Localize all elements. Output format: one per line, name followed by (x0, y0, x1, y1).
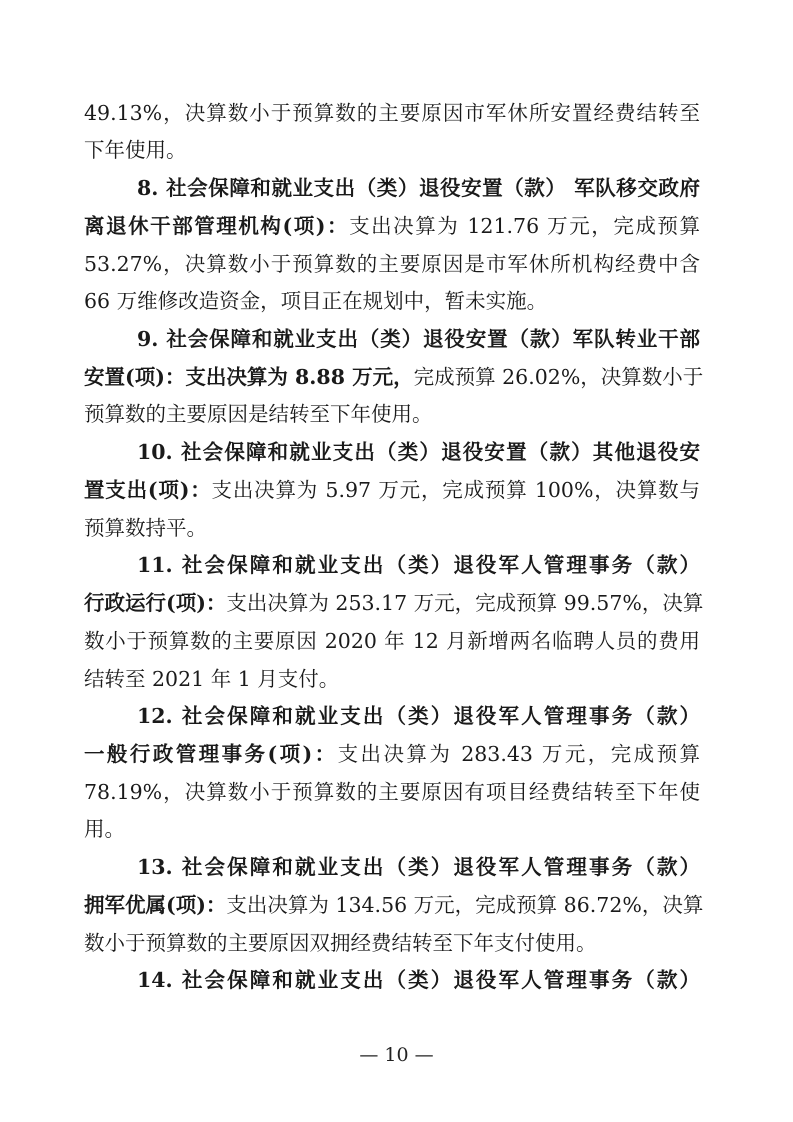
body-text: 预算数的主要原因是结转至下年使用。 (84, 402, 433, 426)
text-line: 12. 社会保障和就业支出（类）退役军人管理事务（款） (137, 701, 700, 731)
text-line: 8. 社会保障和就业支出（类）退役安置（款） 军队移交政府 (137, 173, 700, 203)
document-page: 49.13%，决算数小于预算数的主要原因市军休所安置经费结转至下年使用。8. 社… (0, 0, 793, 1122)
text-line: 11. 社会保障和就业支出（类）退役军人管理事务（款） (137, 550, 700, 580)
text-line: 置支出(项)：支出决算为 5.97 万元，完成预算 100%，决算数与 (84, 475, 700, 505)
body-text: 53.27%，决算数小于预算数的主要原因是市军休所机构经费中含 (84, 252, 700, 276)
body-text: 66 万维修改造资金，项目正在规划中，暂未实施。 (84, 289, 547, 313)
body-text: 支出决算为 283.43 万元，完成预算 (338, 742, 700, 766)
body-text: 下年使用。 (84, 138, 187, 162)
text-line: 53.27%，决算数小于预算数的主要原因是市军休所机构经费中含 (84, 249, 700, 279)
bold-heading-text: 拥军优属(项)： (84, 893, 226, 917)
bold-heading-text: 10. 社会保障和就业支出（类）退役安置（款）其他退役安 (137, 440, 700, 464)
body-text: 支出决算为 253.17 万元，完成预算 99.57%，决算 (226, 591, 703, 615)
body-text: 支出决算为 5.97 万元，完成预算 100%，决算数与 (212, 478, 700, 502)
text-line: 预算数的主要原因是结转至下年使用。 (84, 399, 700, 429)
body-text: 数小于预算数的主要原因 2020 年 12 月新增两名临聘人员的费用 (84, 629, 700, 653)
bold-heading-text: 12. 社会保障和就业支出（类）退役军人管理事务（款） (137, 704, 700, 728)
text-line: 用。 (84, 814, 700, 844)
text-line: 66 万维修改造资金，项目正在规划中，暂未实施。 (84, 286, 700, 316)
text-line: 49.13%，决算数小于预算数的主要原因市军休所安置经费结转至 (84, 98, 700, 128)
text-line: 9. 社会保障和就业支出（类）退役安置（款）军队转业干部 (137, 324, 700, 354)
bold-heading-text: 14. 社会保障和就业支出（类）退役军人管理事务（款） (137, 968, 700, 992)
body-text: 用。 (84, 817, 125, 841)
text-line: 数小于预算数的主要原因 2020 年 12 月新增两名临聘人员的费用 (84, 626, 700, 656)
body-text: 78.19%，决算数小于预算数的主要原因有项目经费结转至下年使 (84, 780, 700, 804)
text-line: 行政运行(项)：支出决算为 253.17 万元，完成预算 99.57%，决算 (84, 588, 700, 618)
text-line: 结转至 2021 年 1 月支付。 (84, 664, 700, 694)
page-number: — 10 — (0, 1040, 793, 1070)
body-text: 结转至 2021 年 1 月支付。 (84, 667, 339, 691)
text-line: 数小于预算数的主要原因双拥经费结转至下年支付使用。 (84, 928, 700, 958)
text-line: 离退休干部管理机构(项)：支出决算为 121.76 万元，完成预算 (84, 211, 700, 241)
text-line: 拥军优属(项)：支出决算为 134.56 万元，完成预算 86.72%，决算 (84, 890, 700, 920)
text-line: 安置(项)：支出决算为 8.88 万元，完成预算 26.02%，决算数小于 (84, 362, 700, 392)
body-text: 支出决算为 121.76 万元，完成预算 (349, 214, 700, 238)
text-line: 10. 社会保障和就业支出（类）退役安置（款）其他退役安 (137, 437, 700, 467)
text-line: 14. 社会保障和就业支出（类）退役军人管理事务（款） (137, 965, 700, 995)
body-text: 支出决算为 134.56 万元，完成预算 86.72%，决算 (226, 893, 703, 917)
text-line: 13. 社会保障和就业支出（类）退役军人管理事务（款） (137, 852, 700, 882)
bold-heading-text: 13. 社会保障和就业支出（类）退役军人管理事务（款） (137, 855, 700, 879)
text-line: 下年使用。 (84, 135, 700, 165)
bold-heading-text: 9. 社会保障和就业支出（类）退役安置（款）军队转业干部 (137, 327, 700, 351)
body-text: 预算数持平。 (84, 516, 207, 540)
bold-heading-text: 一般行政管理事务(项)： (84, 742, 338, 766)
text-line: 一般行政管理事务(项)：支出决算为 283.43 万元，完成预算 (84, 739, 700, 769)
bold-heading-text: 行政运行(项)： (84, 591, 226, 615)
bold-heading-text: 8. 社会保障和就业支出（类）退役安置（款） 军队移交政府 (137, 176, 700, 200)
body-text: 数小于预算数的主要原因双拥经费结转至下年支付使用。 (84, 931, 597, 955)
bold-heading-text: 离退休干部管理机构(项)： (84, 214, 349, 238)
text-line: 预算数持平。 (84, 513, 700, 543)
bold-heading-text: 置支出(项)： (84, 478, 212, 502)
body-text: 49.13%，决算数小于预算数的主要原因市军休所安置经费结转至 (84, 101, 700, 125)
body-text: 完成预算 26.02%，决算数小于 (414, 365, 704, 389)
bold-heading-text: 11. 社会保障和就业支出（类）退役军人管理事务（款） (137, 553, 700, 577)
text-line: 78.19%，决算数小于预算数的主要原因有项目经费结转至下年使 (84, 777, 700, 807)
bold-heading-text: 安置(项)：支出决算为 8.88 万元， (84, 365, 414, 389)
